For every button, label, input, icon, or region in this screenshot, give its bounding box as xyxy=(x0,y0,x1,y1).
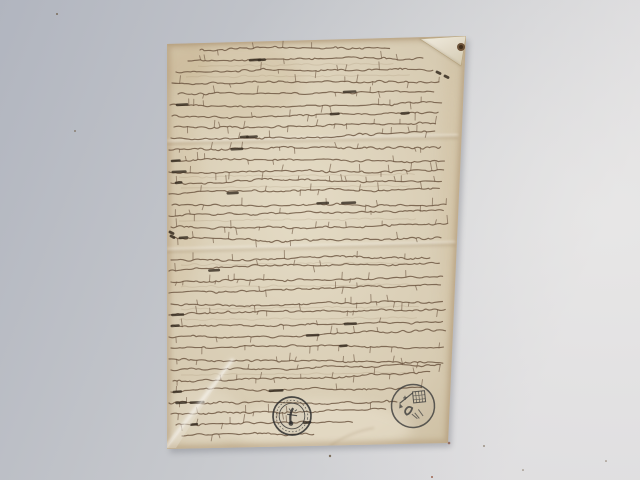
manuscript-photo-canvas xyxy=(0,0,640,480)
photo-of-manuscript xyxy=(0,0,640,480)
